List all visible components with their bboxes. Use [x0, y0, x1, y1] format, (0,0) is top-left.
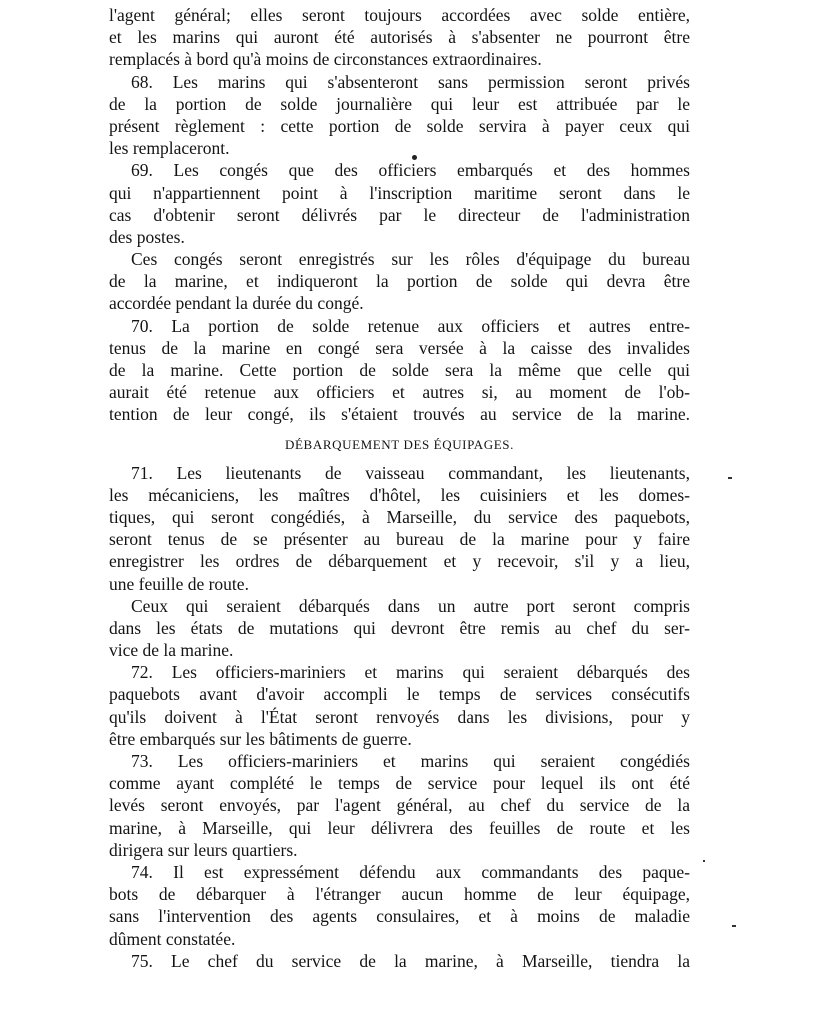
text-line: Ceux qui seraient débarqués dans un autr… [109, 595, 690, 617]
text-line: 72. Les officiers-mariniers et marins qu… [109, 661, 690, 683]
text-line: 70. La portion de solde retenue aux offi… [109, 315, 690, 337]
text-line: dûment constatée. [109, 928, 690, 950]
text-line: sans l'intervention des agents consulair… [109, 905, 690, 927]
text-line: levés seront envoyés, par l'agent généra… [109, 794, 690, 816]
text-line: remplacés à bord qu'à moins de circonsta… [109, 48, 690, 70]
text-line: une feuille de route. [109, 573, 690, 595]
text-line: comme ayant complété le temps de service… [109, 772, 690, 794]
text-line: paquebots avant d'avoir accompli le temp… [109, 683, 690, 705]
text-line: qu'ils doivent à l'État seront renvoyés … [109, 706, 690, 728]
text-line: de la portion de solde journalière qui l… [109, 93, 690, 115]
margin-speck [703, 860, 705, 862]
text-line: Ces congés seront enregistrés sur les rô… [109, 248, 690, 270]
text-line: 75. Le chef du service de la marine, à M… [109, 950, 690, 972]
text-line: les mécaniciens, les maîtres d'hôtel, le… [109, 484, 690, 506]
text-line: de la marine. Cette portion de solde ser… [109, 359, 690, 381]
margin-speck [732, 925, 736, 927]
text-line: tenus de la marine en congé sera versée … [109, 337, 690, 359]
text-line: seront tenus de se présenter au bureau d… [109, 528, 690, 550]
section-heading: DÉBARQUEMENT DES ÉQUIPAGES. [109, 434, 690, 456]
text-line: 71. Les lieutenants de vaisseau commanda… [109, 462, 690, 484]
text-line: enregistrer les ordres de débarquement e… [109, 550, 690, 572]
text-block-after-heading: 71. Les lieutenants de vaisseau commanda… [109, 462, 690, 972]
text-line: 68. Les marins qui s'absenteront sans pe… [109, 71, 690, 93]
margin-speck [728, 477, 732, 479]
ink-speck [412, 155, 417, 160]
text-block-before-heading: l'agent général; elles seront toujours a… [109, 4, 690, 426]
text-line: les remplaceront. [109, 137, 690, 159]
text-line: tiques, qui seront congédiés, à Marseill… [109, 506, 690, 528]
text-line: accordée pendant la durée du congé. [109, 292, 690, 314]
text-line: aurait été retenue aux officiers et autr… [109, 381, 690, 403]
text-line: et les marins qui auront été autorisés à… [109, 26, 690, 48]
text-line: vice de la marine. [109, 639, 690, 661]
text-line: l'agent général; elles seront toujours a… [109, 4, 690, 26]
text-line: être embarqués sur les bâtiments de guer… [109, 728, 690, 750]
text-line: présent règlement : cette portion de sol… [109, 115, 690, 137]
text-line: tention de leur congé, ils s'étaient tro… [109, 403, 690, 425]
text-line: des postes. [109, 226, 690, 248]
text-line: dans les états de mutations qui devront … [109, 617, 690, 639]
text-line: 73. Les officiers-mariniers et marins qu… [109, 750, 690, 772]
text-line: cas d'obtenir seront délivrés par le dir… [109, 204, 690, 226]
text-line: 74. Il est expressément défendu aux comm… [109, 861, 690, 883]
text-line: bots de débarquer à l'étranger aucun hom… [109, 883, 690, 905]
scanned-page: l'agent général; elles seront toujours a… [109, 4, 690, 972]
text-line: 69. Les congés que des officiers embarqu… [109, 159, 690, 181]
text-line: marine, à Marseille, qui leur délivrera … [109, 817, 690, 839]
text-line: de la marine, et indiqueront la portion … [109, 270, 690, 292]
text-line: dirigera sur leurs quartiers. [109, 839, 690, 861]
text-line: qui n'appartiennent point à l'inscriptio… [109, 182, 690, 204]
